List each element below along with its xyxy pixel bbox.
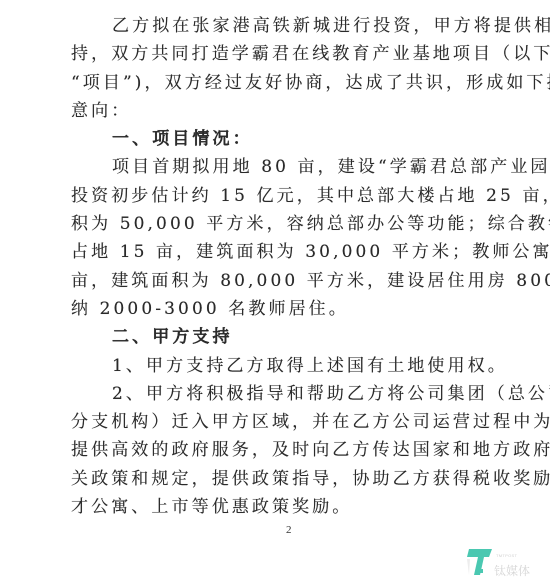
section-heading-project-overview: 一、项目情况： xyxy=(71,125,507,153)
paragraph-1-line-3: “项目”)，双方经过友好协商，达成了共识，形成如下投资 xyxy=(71,69,507,97)
paragraph-1-line-4: 意向： xyxy=(71,97,507,125)
watermark-name: 钛媒体 xyxy=(494,562,530,579)
paragraph-2-line-2: 投资初步估计约 15 亿元，其中总部大楼占地 25 亩，建筑面 xyxy=(71,182,507,210)
support-item-2-line-4: 关政策和规定，提供政策指导，协助乙方获得税收奖励、人 xyxy=(71,465,507,493)
paragraph-2-line-1: 项目首期拟用地 80 亩，建设“学霸君总部产业园”，总 xyxy=(71,153,507,181)
page-number: 2 xyxy=(286,524,292,536)
paragraph-1-line-1: 乙方拟在张家港高铁新城进行投资，甲方将提供相应支 xyxy=(71,12,507,40)
watermark-subtitle: TMTPOST xyxy=(496,553,517,558)
tmtpost-logo-icon xyxy=(466,545,496,581)
section-heading-party-a-support: 二、甲方支持 xyxy=(71,323,507,351)
support-item-1: 1、甲方支持乙方取得上述国有土地使用权。 xyxy=(71,352,507,380)
paragraph-2-line-4: 占地 15 亩，建筑面积为 30,000 平方米；教师公寓占地 40 xyxy=(71,238,507,266)
paragraph-2-line-3: 积为 50,000 平方米，容纳总部办公等功能；综合教学大楼， xyxy=(71,210,507,238)
paragraph-2-line-6: 纳 2000-3000 名教师居住。 xyxy=(71,295,507,323)
document-page: 乙方拟在张家港高铁新城进行投资，甲方将提供相应支 持，双方共同打造学霸君在线教育… xyxy=(71,12,507,521)
support-item-2-line-2: 分支机构）迁入甲方区域，并在乙方公司运营过程中为乙方 xyxy=(71,408,507,436)
support-item-2-line-5: 才公寓、上市等优惠政策奖励。 xyxy=(71,493,507,521)
support-item-2-line-3: 提供高效的政府服务，及时向乙方传达国家和地方政府的有 xyxy=(71,436,507,464)
watermark: TMTPOST 钛媒体 xyxy=(466,545,550,585)
support-item-2-line-1: 2、甲方将积极指导和帮助乙方将公司集团（总公司非 xyxy=(71,380,507,408)
paragraph-2-line-5: 亩，建筑面积为 80,000 平方米，建设居住用房 800 套，容 xyxy=(71,267,507,295)
paragraph-1-line-2: 持，双方共同打造学霸君在线教育产业基地项目（以下简称 xyxy=(71,40,507,68)
